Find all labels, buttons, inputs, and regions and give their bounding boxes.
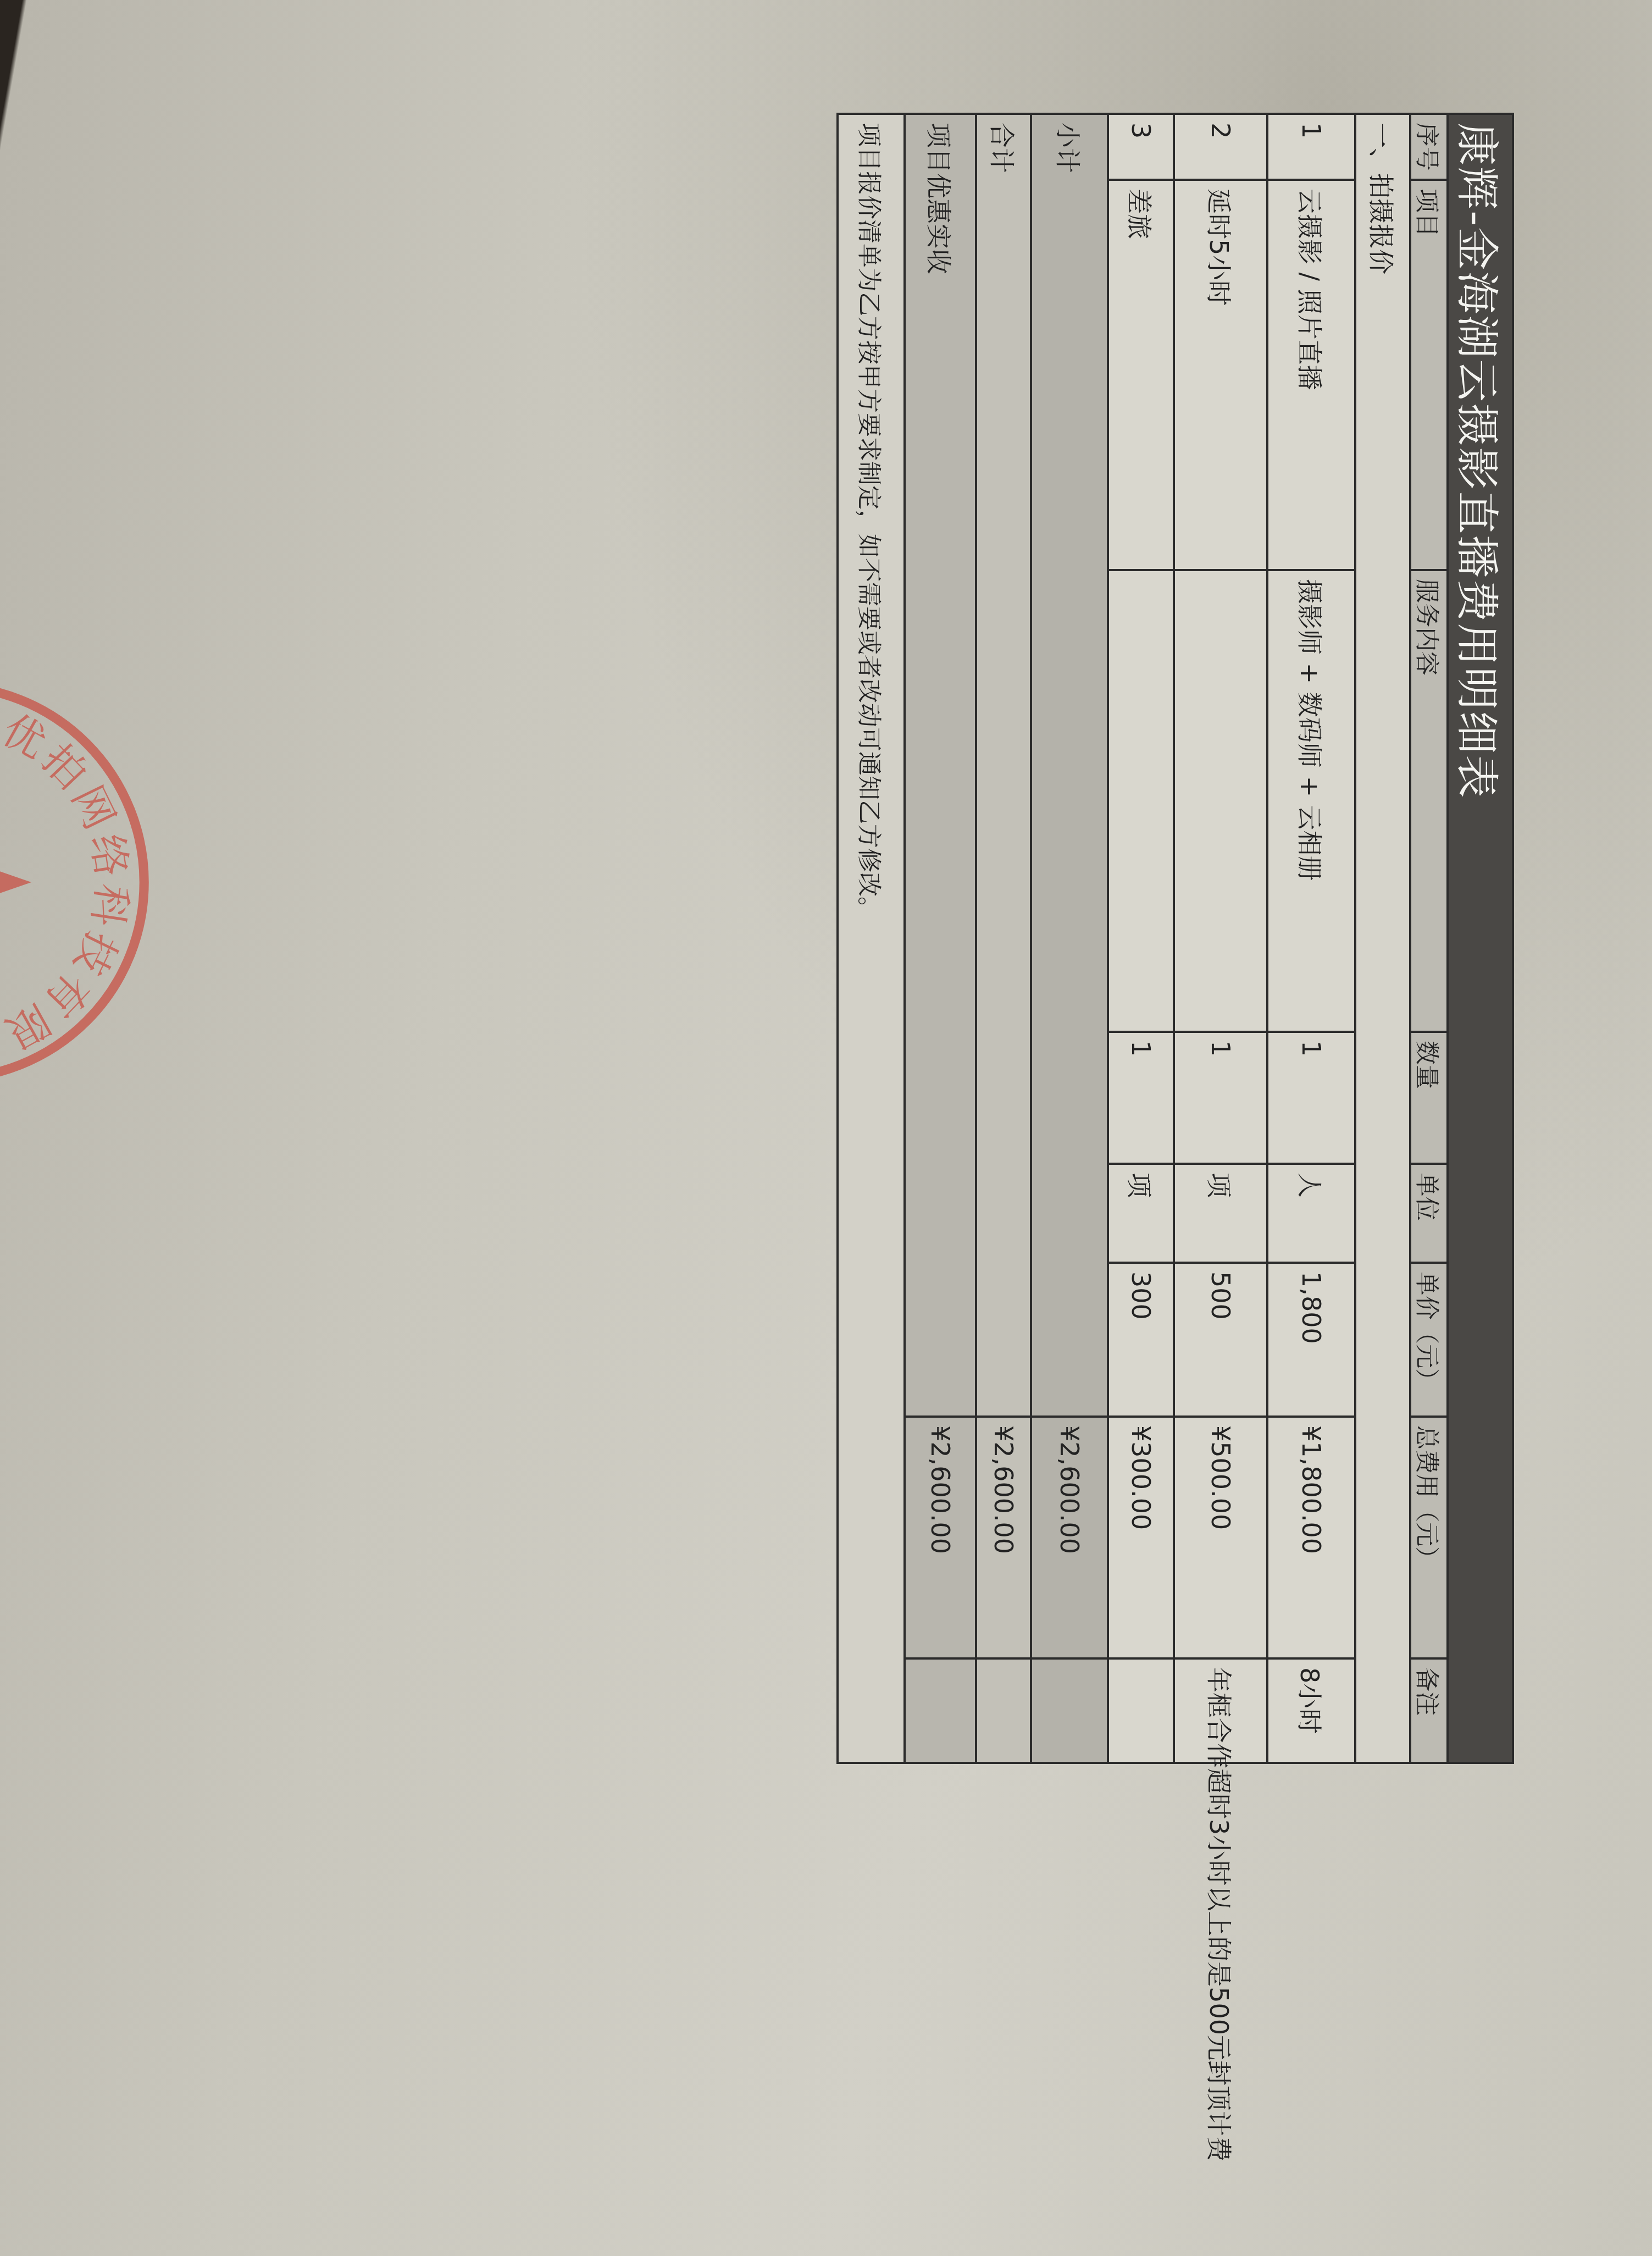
- subtotal-remark: [1031, 1658, 1108, 1763]
- row-unit: 项: [1174, 1164, 1267, 1263]
- row-item: 云摄影 / 照片直播: [1267, 180, 1355, 570]
- fee-table: 康辉-金海湖云摄影直播费用明细表 序号 项目 服务内容 数量 单位 单价（元） …: [836, 113, 1514, 1764]
- row-unit-price: 500: [1174, 1263, 1267, 1417]
- col-header-item: 项目: [1410, 180, 1448, 570]
- col-header-unit-price: 单价（元）: [1410, 1263, 1448, 1417]
- row-qty: 1: [1267, 1032, 1355, 1164]
- row-total: ¥300.00: [1108, 1417, 1174, 1658]
- subtotal-label: 小计: [1031, 114, 1108, 1417]
- row-no: 2: [1174, 114, 1267, 180]
- row-unit-price: 1,800: [1267, 1263, 1355, 1417]
- net-row: 项目优惠实收 ¥2,600.00: [905, 114, 976, 1763]
- col-header-total: 总费用（元）: [1410, 1417, 1448, 1658]
- row-unit-price: 300: [1108, 1263, 1174, 1417]
- total-row: 合计 ¥2,600.00: [976, 114, 1031, 1763]
- net-label: 项目优惠实收: [905, 114, 976, 1417]
- row-remark: 8小时: [1267, 1658, 1355, 1763]
- row-no: 1: [1267, 114, 1355, 180]
- fee-detail-document: 康辉-金海湖云摄影直播费用明细表 序号 项目 服务内容 数量 单位 单价（元） …: [833, 113, 1514, 1762]
- footnote: 项目报价清单为乙方按甲方要求制定，如不需要或者改动可通知乙方修改。: [838, 114, 905, 1763]
- row-item: 差旅: [1108, 180, 1174, 570]
- net-remark: [905, 1658, 976, 1763]
- total-label: 合计: [976, 114, 1031, 1417]
- document-title: 康辉-金海湖云摄影直播费用明细表: [1448, 114, 1513, 1763]
- total-value: ¥2,600.00: [976, 1417, 1031, 1658]
- stamp-company-text: 天津优拍网络科技有限公司: [0, 690, 137, 1074]
- section-label: 一、拍摄报价: [1355, 114, 1410, 1763]
- row-service: [1108, 570, 1174, 1032]
- net-value: ¥2,600.00: [905, 1417, 976, 1658]
- row-unit: 项: [1108, 1164, 1174, 1263]
- col-header-remark: 备注: [1410, 1658, 1448, 1763]
- table-row: 1 云摄影 / 照片直播 摄影师 + 数码师 + 云相册 1 人 1,800 ¥…: [1267, 114, 1355, 1763]
- row-unit: 人: [1267, 1164, 1355, 1263]
- company-seal-stamp: 天津优拍网络科技有限公司 合同专用章 1201160094081: [0, 673, 157, 1091]
- table-row: 2 延时5小时 1 项 500 ¥500.00 年框合作超时3小时以上的是500…: [1174, 114, 1267, 1763]
- row-total: ¥500.00: [1174, 1417, 1267, 1658]
- row-service: 摄影师 + 数码师 + 云相册: [1267, 570, 1355, 1032]
- col-header-no: 序号: [1410, 114, 1448, 180]
- col-header-service: 服务内容: [1410, 570, 1448, 1032]
- svg-text:天津优拍网络科技有限公司: 天津优拍网络科技有限公司: [0, 690, 137, 1074]
- col-header-qty: 数量: [1410, 1032, 1448, 1164]
- row-qty: 1: [1174, 1032, 1267, 1164]
- row-service: [1174, 570, 1267, 1032]
- row-remark: [1108, 1658, 1174, 1763]
- row-total: ¥1,800.00: [1267, 1417, 1355, 1658]
- row-no: 3: [1108, 114, 1174, 180]
- table-header: 序号 项目 服务内容 数量 单位 单价（元） 总费用（元） 备注: [1410, 114, 1448, 1763]
- row-remark: 年框合作超时3小时以上的是500元封顶计费: [1174, 1658, 1267, 1763]
- star-icon: [0, 806, 31, 958]
- row-qty: 1: [1108, 1032, 1174, 1164]
- row-item: 延时5小时: [1174, 180, 1267, 570]
- subtotal-row: 小计 ¥2,600.00: [1031, 114, 1108, 1763]
- total-remark: [976, 1658, 1031, 1763]
- col-header-unit: 单位: [1410, 1164, 1448, 1263]
- subtotal-value: ¥2,600.00: [1031, 1417, 1108, 1658]
- table-row: 3 差旅 1 项 300 ¥300.00: [1108, 114, 1174, 1763]
